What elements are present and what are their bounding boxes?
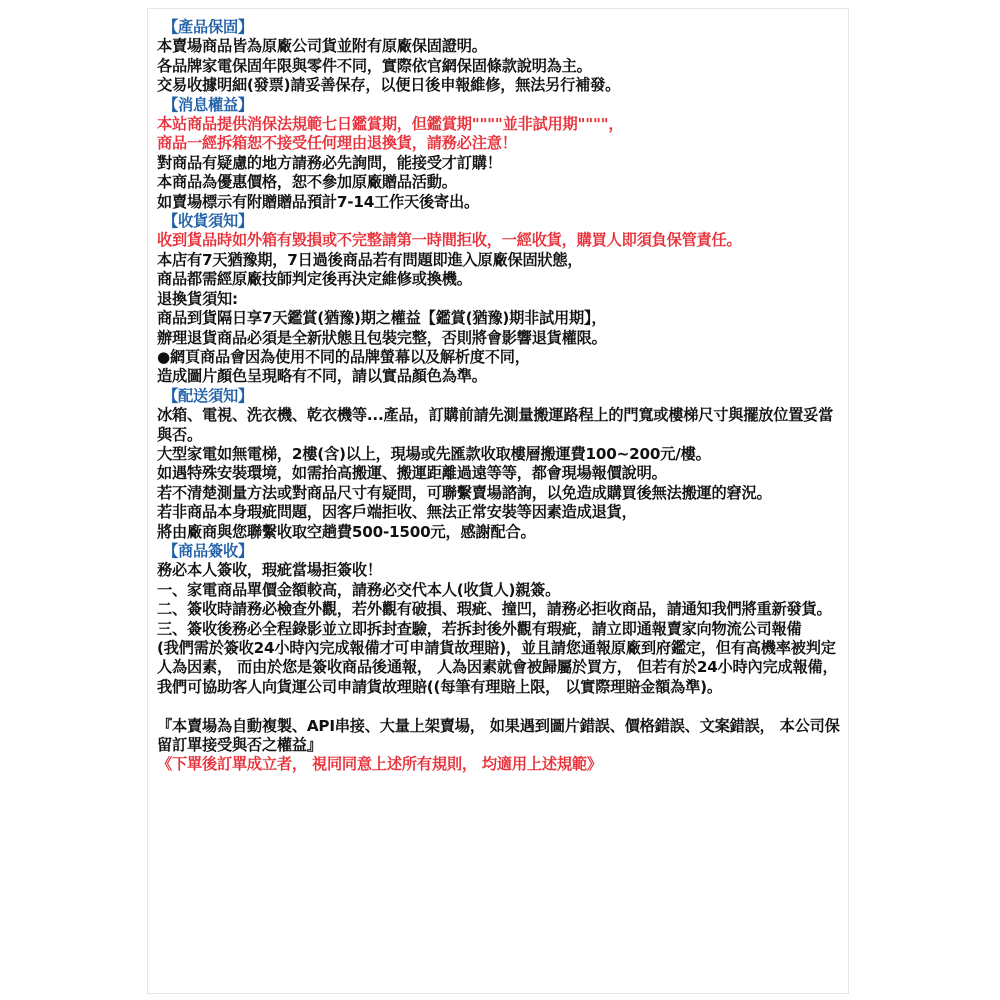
policy-line: 冰箱、電視、洗衣機、乾衣機等...產品，訂購前請先測量搬運路程上的門寬或樓梯尺寸… — [157, 406, 847, 445]
agreement-text: 《下單後訂單成立者， 視同同意上述所有規則， 均適用上述規範》 — [157, 755, 847, 774]
policy-line: 交易收據明細(發票)請妥善保存，以便日後申報維修，無法另行補發。 — [157, 76, 847, 95]
policy-line: ●網頁商品會因為使用不同的品牌螢幕以及解析度不同， — [157, 348, 847, 367]
footer-notice: 『本賣場為自動複製、API串接、大量上架賣場， 如果遇到圖片錯誤、價格錯誤、文案… — [157, 717, 847, 775]
policy-line-warning: 商品一經拆箱恕不接受任何理由退換貨，請務必注意！ — [157, 134, 847, 153]
policy-line: 我們可協助客人向貨運公司申請貨故理賠((每筆有理賠上限， 以實際理賠金額為準)。 — [157, 678, 847, 697]
section-delivery: 【配送須知】 冰箱、電視、洗衣機、乾衣機等...產品，訂購前請先測量搬運路程上的… — [157, 387, 847, 542]
disclaimer-text: 『本賣場為自動複製、API串接、大量上架賣場， 如果遇到圖片錯誤、價格錯誤、文案… — [157, 717, 847, 756]
policy-line: 將由廠商與您聯繫收取空趟費500-1500元，感謝配合。 — [157, 523, 847, 542]
policy-line-warning: 本站商品提供消保法規範七日鑑賞期，但鑑賞期""""並非試用期""""， — [157, 115, 847, 134]
section-heading: 【商品簽收】 — [157, 542, 847, 561]
policy-line: 大型家電如無電梯，2樓(含)以上，現場或先匯款收取樓層搬運費100~200元/樓… — [157, 445, 847, 464]
section-heading: 【配送須知】 — [157, 387, 847, 406]
policy-line: 若非商品本身瑕疵問題，因客戶端拒收、無法正常安裝等因素造成退貨， — [157, 503, 847, 522]
section-warranty: 【產品保固】 本賣場商品皆為原廠公司貨並附有原廠保固證明。 各品牌家電保固年限與… — [157, 18, 847, 96]
policy-line: 對商品有疑慮的地方請務必先詢問，能接受才訂購！ — [157, 154, 847, 173]
section-heading: 【收貨須知】 — [157, 212, 847, 231]
policy-line-warning: 收到貨品時如外箱有毀損或不完整請第一時間拒收，一經收貨，購買人即須負保管責任。 — [157, 231, 847, 250]
section-receiving: 【收貨須知】 收到貨品時如外箱有毀損或不完整請第一時間拒收，一經收貨，購買人即須… — [157, 212, 847, 387]
policy-line: 本商品為優惠價格，恕不參加原廠贈品活動。 — [157, 173, 847, 192]
section-heading: 【消息權益】 — [157, 96, 847, 115]
policy-line: 本賣場商品皆為原廠公司貨並附有原廠保固證明。 — [157, 37, 847, 56]
section-consumer-rights: 【消息權益】 本站商品提供消保法規範七日鑑賞期，但鑑賞期""""並非試用期"""… — [157, 96, 847, 212]
policy-line: 辦理退貨商品必須是全新狀態且包裝完整，否則將會影響退貨權限。 — [157, 329, 847, 348]
policy-line: 務必本人簽收，瑕疵當場拒簽收！ — [157, 561, 847, 580]
policy-line: 人為因素， 而由於您是簽收商品後通報， 人為因素就會被歸屬於買方， 但若有於24… — [157, 658, 847, 677]
policy-line: 本店有7天猶豫期，7日過後商品若有問題即進入原廠保固狀態， — [157, 251, 847, 270]
policy-line: 一、家電商品單價金額較高，請務必交代本人(收貨人)親簽。 — [157, 581, 847, 600]
policy-line: 商品都需經原廠技師判定後再決定維修或換機。 — [157, 270, 847, 289]
policy-line: 二、簽收時請務必檢查外觀，若外觀有破損、瑕疵、撞凹，請務必拒收商品，請通知我們將… — [157, 600, 847, 619]
policy-line: 三、簽收後務必全程錄影並立即拆封查驗，若拆封後外觀有瑕疵，請立即通報賣家向物流公… — [157, 620, 847, 639]
policy-document: 【產品保固】 本賣場商品皆為原廠公司貨並附有原廠保固證明。 各品牌家電保固年限與… — [157, 18, 847, 775]
policy-line: 商品到貨隔日享7天鑑賞(猶豫)期之權益【鑑賞(猶豫)期非試用期】， — [157, 309, 847, 328]
section-heading: 【產品保固】 — [157, 18, 847, 37]
section-signing: 【商品簽收】 務必本人簽收，瑕疵當場拒簽收！ 一、家電商品單價金額較高，請務必交… — [157, 542, 847, 697]
policy-line: 各品牌家電保固年限與零件不同，實際依官網保固條款說明為主。 — [157, 57, 847, 76]
policy-line: 退換貨須知: — [157, 290, 847, 309]
policy-line: 若不清楚測量方法或對商品尺寸有疑問，可聯繫賣場諮詢，以免造成購買後無法搬運的窘況… — [157, 484, 847, 503]
policy-line: 造成圖片顏色呈現略有不同，請以實品顏色為準。 — [157, 367, 847, 386]
policy-line: 如遇特殊安裝環境，如需抬高搬運、搬運距離過遠等等，都會現場報價說明。 — [157, 464, 847, 483]
policy-line: 如賣場標示有附贈贈品預計7-14工作天後寄出。 — [157, 193, 847, 212]
policy-line: (我們需於簽收24小時內完成報備才可申請貨故理賠)，並且請您通報原廠到府鑑定，但… — [157, 639, 847, 658]
spacer — [157, 697, 847, 716]
